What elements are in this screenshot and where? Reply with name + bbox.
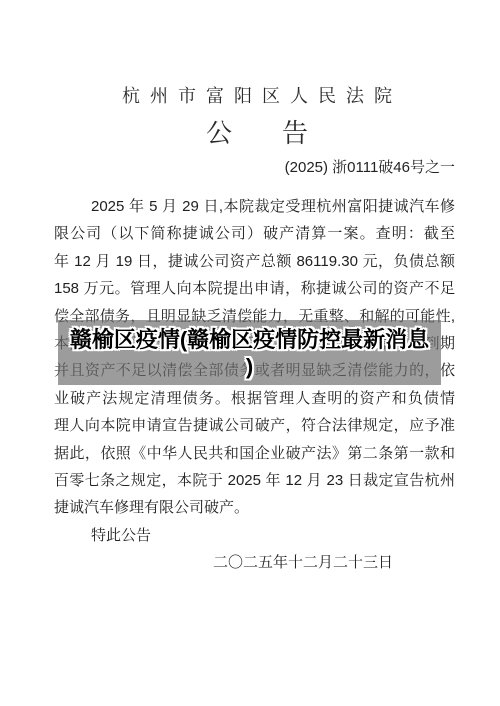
body-line: 158 万元。管理人向本院提出申请，称捷诚公司的资产不足以清	[54, 275, 455, 302]
body-line: 捷诚汽车修理有限公司破产。	[54, 494, 455, 521]
court-notice-page: 杭州市富阳区人民法院 公 告 (2025) 浙0111破46号之一 2025 年…	[0, 0, 500, 706]
date-line: 二〇二五年十二月二十三日	[54, 549, 455, 576]
body-line: 业破产法规定清理债务。根据管理人查明的资产和负债情况，管	[54, 385, 455, 412]
notice-title-char-right: 告	[282, 113, 308, 150]
body-line: 2025 年 5 月 29 日,本院裁定受理杭州富阳捷诚汽车修理有	[54, 193, 455, 220]
body-line: 限公司（以下简称捷诚公司）破产清算一案。查明：截至 2025	[54, 220, 455, 247]
body-line: 百零七条之规定，本院于 2025 年 12 月 23 日裁定宣告杭州富阳	[54, 467, 455, 494]
overlay-headline-line1: 赣榆区疫情(赣榆区疫情防控最新消息	[70, 326, 429, 353]
notice-title-char-left: 公	[206, 113, 232, 150]
closing-line: 特此公告	[54, 522, 455, 549]
body-line: 据此，依照《中华人民共和国企业破产法》第二条第一款和第一	[54, 440, 455, 467]
body-line: 年 12 月 19 日，捷诚公司资产总额 86119.30 元，负债总额约	[54, 248, 455, 275]
seo-overlay-banner: 赣榆区疫情(赣榆区疫情防控最新消息 )	[58, 320, 441, 385]
notice-title: 公 告	[14, 113, 500, 150]
overlay-headline-line2: )	[246, 353, 253, 380]
body-line: 理人向本院申请宣告捷诚公司破产，符合法律规定，应予准许。	[54, 412, 455, 439]
court-name-heading: 杭州市富阳区人民法院	[14, 82, 500, 108]
case-number: (2025) 浙0111破46号之一	[285, 156, 455, 177]
